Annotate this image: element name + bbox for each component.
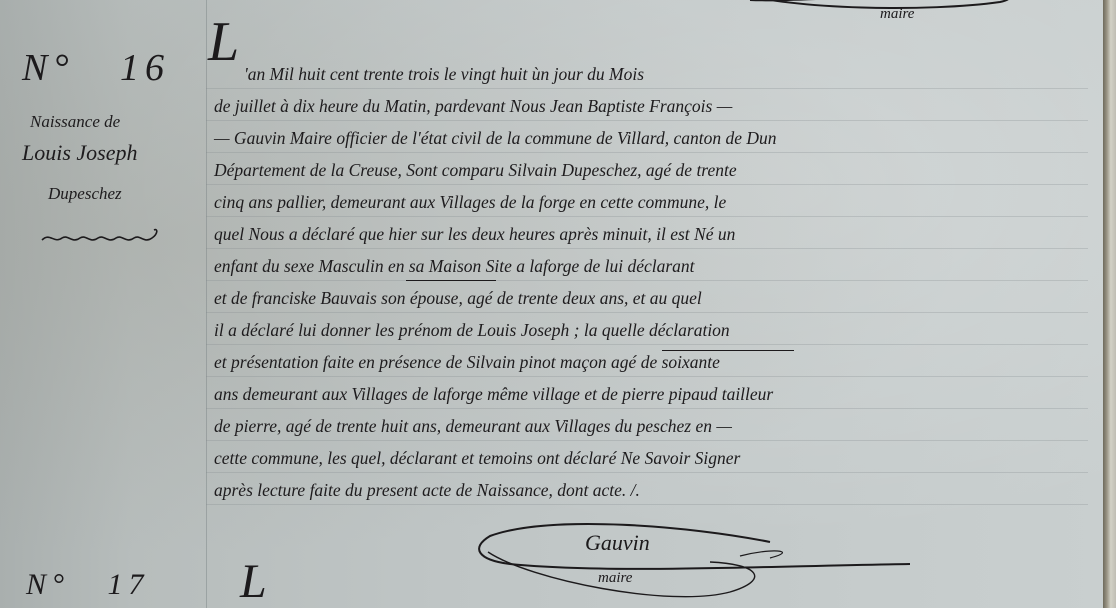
next-entry-number-label: N° <box>26 568 70 601</box>
body-line-12: de pierre, agé de trente huit ans, demeu… <box>214 416 732 437</box>
register-page: maire N° 16 Naissance de Louis Joseph Du… <box>0 0 1103 608</box>
margin-note-line1: Naissance de <box>30 112 120 132</box>
signature-paraph <box>470 508 870 608</box>
ruled-line <box>206 152 1088 153</box>
ruled-line <box>206 88 1088 89</box>
previous-signature-title: maire <box>880 6 914 23</box>
ruled-line <box>206 504 1088 505</box>
body-line-5: cinq ans pallier, demeurant aux Villages… <box>214 192 726 213</box>
ruled-line <box>206 408 1088 409</box>
underline-louis-joseph <box>662 350 794 351</box>
ruled-line <box>206 376 1088 377</box>
body-line-14: après lecture faite du present acte de N… <box>214 480 640 501</box>
margin-note-surname: Dupeschez <box>48 184 122 204</box>
body-line-3: — Gauvin Maire officier de l'état civil … <box>214 128 776 149</box>
entry-number-label: N° <box>22 47 75 89</box>
previous-signature-paraph <box>730 0 1020 30</box>
entry-number: N° 16 <box>22 46 170 90</box>
body-line-11: ans demeurant aux Villages de laforge mê… <box>214 384 773 405</box>
book-binding-edge <box>1103 0 1116 608</box>
ruled-line <box>206 344 1088 345</box>
ruled-line <box>206 248 1088 249</box>
ruled-line <box>206 216 1088 217</box>
mayor-title: maire <box>598 570 632 587</box>
body-line-6: quel Nous a déclaré que hier sur les deu… <box>214 224 735 245</box>
margin-rule <box>206 0 207 608</box>
margin-flourish <box>40 228 160 248</box>
entry-number-value: 16 <box>120 47 170 89</box>
body-line-9: il a déclaré lui donner les prénom de Lo… <box>214 320 730 341</box>
body-line-4: Département de la Creuse, Sont comparu S… <box>214 160 737 181</box>
body-line-10: et présentation faite en présence de Sil… <box>214 352 720 373</box>
mayor-signature: Gauvin <box>585 530 650 556</box>
next-entry-number: N° 17 <box>26 568 150 602</box>
ruled-line <box>206 184 1088 185</box>
margin-note-child-name: Louis Joseph <box>22 140 138 166</box>
body-line-2: de juillet à dix heure du Matin, pardeva… <box>214 96 732 117</box>
ruled-line <box>206 472 1088 473</box>
next-entry-number-value: 17 <box>108 568 150 601</box>
next-entry-initial: L <box>240 554 267 608</box>
body-line-8: et de franciske Bauvais son épouse, agé … <box>214 288 702 309</box>
ruled-line <box>206 312 1088 313</box>
body-line-7: enfant du sexe Masculin en sa Maison Sit… <box>214 256 695 277</box>
body-line-1: 'an Mil huit cent trente trois le vingt … <box>244 64 644 85</box>
ruled-line <box>206 120 1088 121</box>
body-line-13: cette commune, les quel, déclarant et te… <box>214 448 740 469</box>
ruled-line <box>206 280 1088 281</box>
ruled-line <box>206 440 1088 441</box>
underline-masculin <box>406 280 496 281</box>
entry-initial: L <box>208 10 239 74</box>
